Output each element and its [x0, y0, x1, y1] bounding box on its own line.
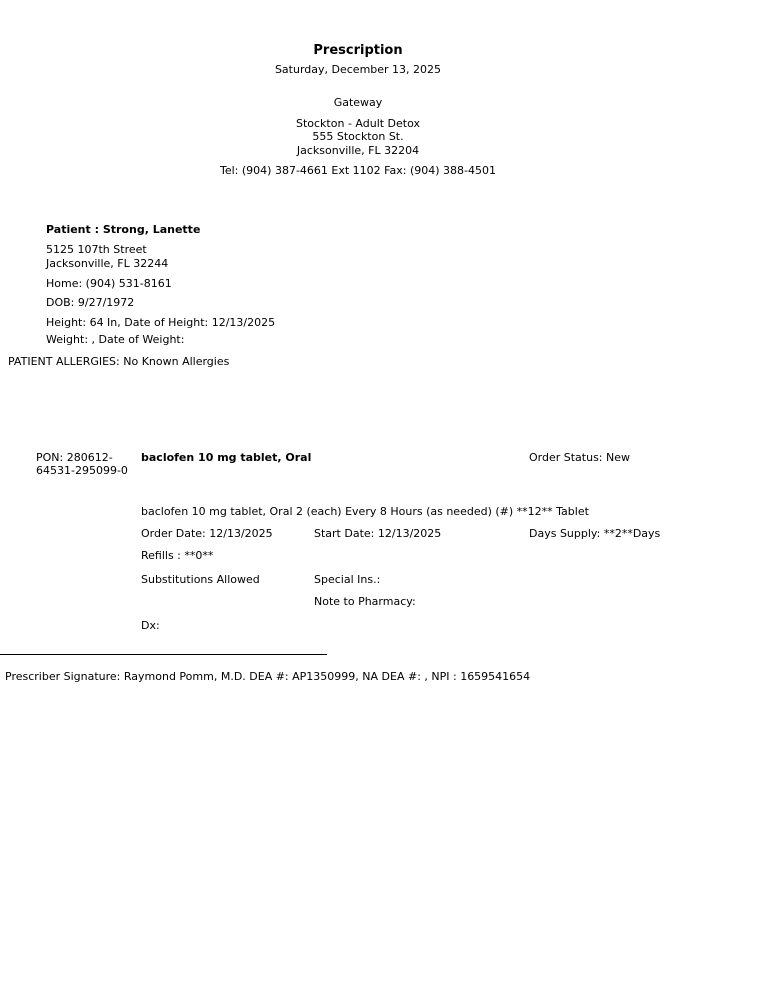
order-dx: Dx: — [141, 619, 160, 633]
organization-name: Gateway — [0, 96, 716, 109]
patient-street: 5125 107th Street — [46, 243, 147, 257]
facility-name: Stockton - Adult Detox — [0, 117, 716, 130]
patient-city-state-zip: Jacksonville, FL 32244 — [46, 257, 168, 271]
order-substitutions: Substitutions Allowed — [141, 573, 260, 587]
facility-address-street: 555 Stockton St. — [0, 130, 716, 143]
prescription-document: Prescription Saturday, December 13, 2025… — [0, 0, 768, 1008]
facility-address-city: Jacksonville, FL 32204 — [0, 144, 716, 157]
document-date: Saturday, December 13, 2025 — [0, 63, 716, 76]
order-days-supply: Days Supply: **2**Days — [529, 527, 660, 541]
order-pon-line2: 64531-295099-0 — [36, 464, 128, 478]
patient-name: Patient : Strong, Lanette — [46, 223, 200, 237]
order-start-date: Start Date: 12/13/2025 — [314, 527, 441, 541]
patient-home-phone: Home: (904) 531-8161 — [46, 277, 172, 291]
order-note-to-pharmacy: Note to Pharmacy: — [314, 595, 416, 609]
order-status: Order Status: New — [529, 451, 630, 465]
order-date: Order Date: 12/13/2025 — [141, 527, 273, 541]
order-drug-title: baclofen 10 mg tablet, Oral — [141, 451, 311, 465]
order-sig: baclofen 10 mg tablet, Oral 2 (each) Eve… — [141, 505, 589, 519]
order-special-instructions: Special Ins.: — [314, 573, 380, 587]
patient-height: Height: 64 In, Date of Height: 12/13/202… — [46, 316, 275, 330]
prescriber-signature-line: Prescriber Signature: Raymond Pomm, M.D.… — [5, 670, 530, 684]
facility-contact: Tel: (904) 387-4661 Ext 1102 Fax: (904) … — [0, 164, 716, 177]
order-pon-line1: PON: 280612- — [36, 451, 113, 465]
patient-weight: Weight: , Date of Weight: — [46, 333, 184, 347]
document-title: Prescription — [0, 43, 716, 58]
patient-allergies: PATIENT ALLERGIES: No Known Allergies — [8, 355, 229, 369]
signature-rule — [0, 654, 327, 655]
patient-dob: DOB: 9/27/1972 — [46, 296, 134, 310]
order-refills: Refills : **0** — [141, 549, 213, 563]
